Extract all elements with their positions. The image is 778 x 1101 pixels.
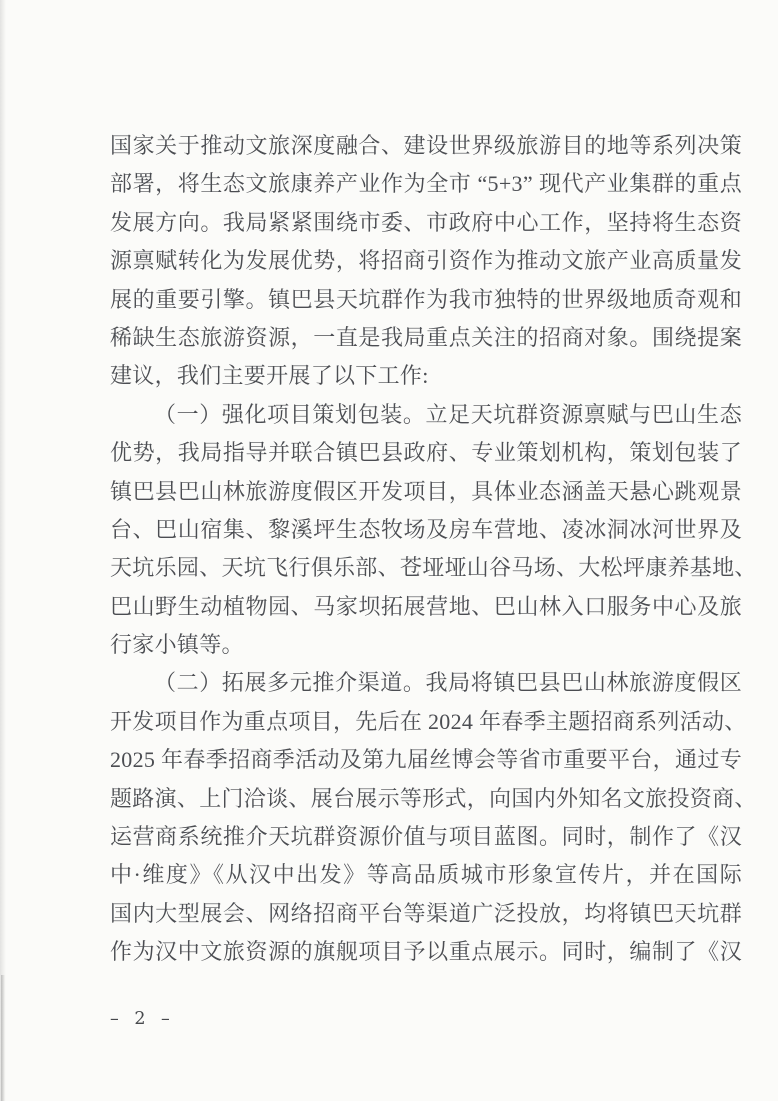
page-number: – 2 – bbox=[110, 1009, 175, 1029]
text-line: 镇巴县巴山林旅游度假区开发项目，具体业态涵盖天悬心跳观景 bbox=[110, 473, 742, 511]
text-line-section-1: （一）强化项目策划包装。立足天坑群资源禀赋与巴山生态 bbox=[110, 396, 742, 434]
text-line: 建议，我们主要开展了以下工作: bbox=[110, 357, 742, 395]
text-line: 国内大型展会、网络招商平台等渠道广泛投放，均将镇巴天坑群 bbox=[110, 895, 742, 933]
text-line: 部署，将生态文旅康养产业作为全市 “5+3” 现代产业集群的重点 bbox=[110, 165, 742, 203]
scan-edge-artifact bbox=[0, 0, 6, 1101]
scanned-document-page: 国家关于推动文旅深度融合、建设世界级旅游目的地等系列决策 部署，将生态文旅康养产… bbox=[0, 0, 778, 1101]
scan-edge-artifact-bottom bbox=[1, 975, 5, 1101]
text-line: 运营商系统推介天坑群资源价值与项目蓝图。同时，制作了《汉 bbox=[110, 818, 742, 856]
text-line: 行家小镇等。 bbox=[110, 626, 742, 664]
text-line: 题路演、上门洽谈、展台展示等形式，向国内外知名文旅投资商、 bbox=[110, 780, 742, 818]
text-line: 作为汉中文旅资源的旗舰项目予以重点展示。同时，编制了《汉 bbox=[110, 933, 742, 971]
text-line: 2025 年春季招商季活动及第九届丝博会等省市重要平台，通过专 bbox=[110, 741, 742, 779]
text-line: 天坑乐园、天坑飞行俱乐部、苍垭垭山谷马场、大松坪康养基地、 bbox=[110, 549, 742, 587]
text-line: 优势，我局指导并联合镇巴县政府、专业策划机构，策划包装了 bbox=[110, 434, 742, 472]
text-line: 发展方向。我局紧紧围绕市委、市政府中心工作，坚持将生态资 bbox=[110, 204, 742, 242]
text-line-section-2: （二）拓展多元推介渠道。我局将镇巴县巴山林旅游度假区 bbox=[110, 664, 742, 702]
text-line: 国家关于推动文旅深度融合、建设世界级旅游目的地等系列决策 bbox=[110, 127, 742, 165]
text-line: 巴山野生动植物园、马家坝拓展营地、巴山林入口服务中心及旅 bbox=[110, 588, 742, 626]
text-line: 展的重要引擎。镇巴县天坑群作为我市独特的世界级地质奇观和 bbox=[110, 281, 742, 319]
text-line: 源禀赋转化为发展优势，将招商引资作为推动文旅产业高质量发 bbox=[110, 242, 742, 280]
text-line: 台、巴山宿集、黎溪坪生态牧场及房车营地、凌冰洞冰河世界及 bbox=[110, 511, 742, 549]
text-line: 中·维度》《从汉中出发》等高品质城市形象宣传片，并在国际 bbox=[110, 856, 742, 894]
text-line: 稀缺生态旅游资源，一直是我局重点关注的招商对象。围绕提案 bbox=[110, 319, 742, 357]
page-body-text: 国家关于推动文旅深度融合、建设世界级旅游目的地等系列决策 部署，将生态文旅康养产… bbox=[110, 127, 742, 972]
text-line: 开发项目作为重点项目，先后在 2024 年春季主题招商系列活动、 bbox=[110, 703, 742, 741]
